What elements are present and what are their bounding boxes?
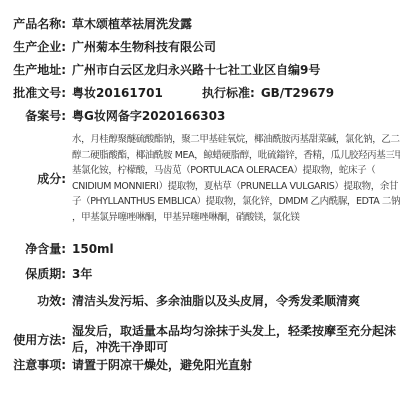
usage-line: 湿发后，取适量本品均匀涂抹于头发上，轻柔按摩至充分起沫	[72, 324, 396, 340]
usage-line: 后，冲洗干净即可	[72, 340, 396, 356]
ingredients-line: CNIDIUM MONNIERI）提取物，夏枯草（PRUNELLA VULGAR…	[72, 179, 400, 195]
ingredients-line: 水，月桂醇聚醚硫酸酯钠，聚二甲基硅氧烷，椰油酰胺丙基甜菜碱，氯化钠，乙二	[72, 132, 400, 148]
net-content-value: 150ml	[72, 241, 114, 257]
efficacy-label: 功效:	[10, 293, 66, 309]
address-label: 生产地址:	[10, 62, 66, 78]
record-no-label: 备案号:	[10, 108, 66, 124]
row-ingredients: 成分: 水，月桂醇聚醚硫酸酯钠，聚二甲基硅氧烷，椰油酰胺丙基甜菜碱，氯化钠，乙二…	[10, 132, 396, 225]
ingredients-line: 基氯化铵，柠檬酸，马齿苋（PORTULACA OLERACEA）提取物，蛇床子（	[72, 163, 400, 179]
row-shelf-life: 保质期: 3年	[10, 266, 396, 282]
ingredients-label: 成分:	[10, 171, 66, 187]
row-record-no: 备案号: 粤G妆网备字2020166303	[10, 108, 396, 124]
precautions-value: 请置于阴凉干燥处，避免阳光直射	[72, 357, 252, 373]
product-name-value: 草木颂植萃祛屑洗发露	[72, 16, 192, 32]
ingredients-line: 醇二硬脂酸酯，椰油酰胺 MEA，鲸蜡硬脂醇，吡硫鎓锌，香精，瓜儿胶羟丙基三甲	[72, 148, 400, 164]
row-product-name: 产品名称: 草木颂植萃祛屑洗发露	[10, 16, 396, 32]
usage-value: 湿发后，取适量本品均匀涂抹于头发上，轻柔按摩至充分起沫 后，冲洗干净即可	[72, 324, 396, 355]
ingredients-line: 子（PHYLLANTHUS EMBLICA）提取物，氯化锌，DMDM 乙内酰脲，…	[72, 194, 400, 210]
usage-label: 使用方法:	[10, 332, 66, 348]
standard-label: 执行标准:	[202, 85, 255, 101]
address-value: 广州市白云区龙归永兴路十七社工业区自编9号	[72, 62, 320, 78]
row-precautions: 注意事项: 请置于阴凉干燥处，避免阳光直射	[10, 357, 396, 373]
standard-value: GB/T29679	[261, 85, 334, 101]
row-address: 生产地址: 广州市白云区龙归永兴路十七社工业区自编9号	[10, 62, 396, 78]
ingredients-value: 水，月桂醇聚醚硫酸酯钠，聚二甲基硅氧烷，椰油酰胺丙基甜菜碱，氯化钠，乙二 醇二硬…	[72, 132, 400, 225]
efficacy-value: 清洁头发污垢、多余油脂以及头皮屑，令秀发柔顺清爽	[72, 293, 360, 309]
net-content-label: 净含量:	[10, 241, 66, 257]
record-no-value: 粤G妆网备字2020166303	[72, 108, 225, 124]
shelf-life-value: 3年	[72, 266, 92, 282]
row-approval-standard: 批准文号: 粤妆20161701 执行标准: GB/T29679	[10, 85, 396, 101]
row-efficacy: 功效: 清洁头发污垢、多余油脂以及头皮屑，令秀发柔顺清爽	[10, 293, 396, 309]
approval-label: 批准文号:	[10, 85, 66, 101]
precautions-label: 注意事项:	[10, 357, 66, 373]
row-usage: 使用方法: 湿发后，取适量本品均匀涂抹于头发上，轻柔按摩至充分起沫 后，冲洗干净…	[10, 324, 396, 355]
product-info-sheet: 产品名称: 草木颂植萃祛屑洗发露 生产企业: 广州菊本生物科技有限公司 生产地址…	[0, 0, 400, 400]
product-name-label: 产品名称:	[10, 16, 66, 32]
approval-value: 粤妆20161701	[72, 85, 196, 101]
manufacturer-label: 生产企业:	[10, 39, 66, 55]
ingredients-line: ，甲基氯异噻唑啉酮，甲基异噻唑啉酮，硝酸镁，氯化镁	[72, 210, 400, 226]
row-manufacturer: 生产企业: 广州菊本生物科技有限公司	[10, 39, 396, 55]
shelf-life-label: 保质期:	[10, 266, 66, 282]
row-net-content: 净含量: 150ml	[10, 241, 396, 257]
manufacturer-value: 广州菊本生物科技有限公司	[72, 39, 216, 55]
